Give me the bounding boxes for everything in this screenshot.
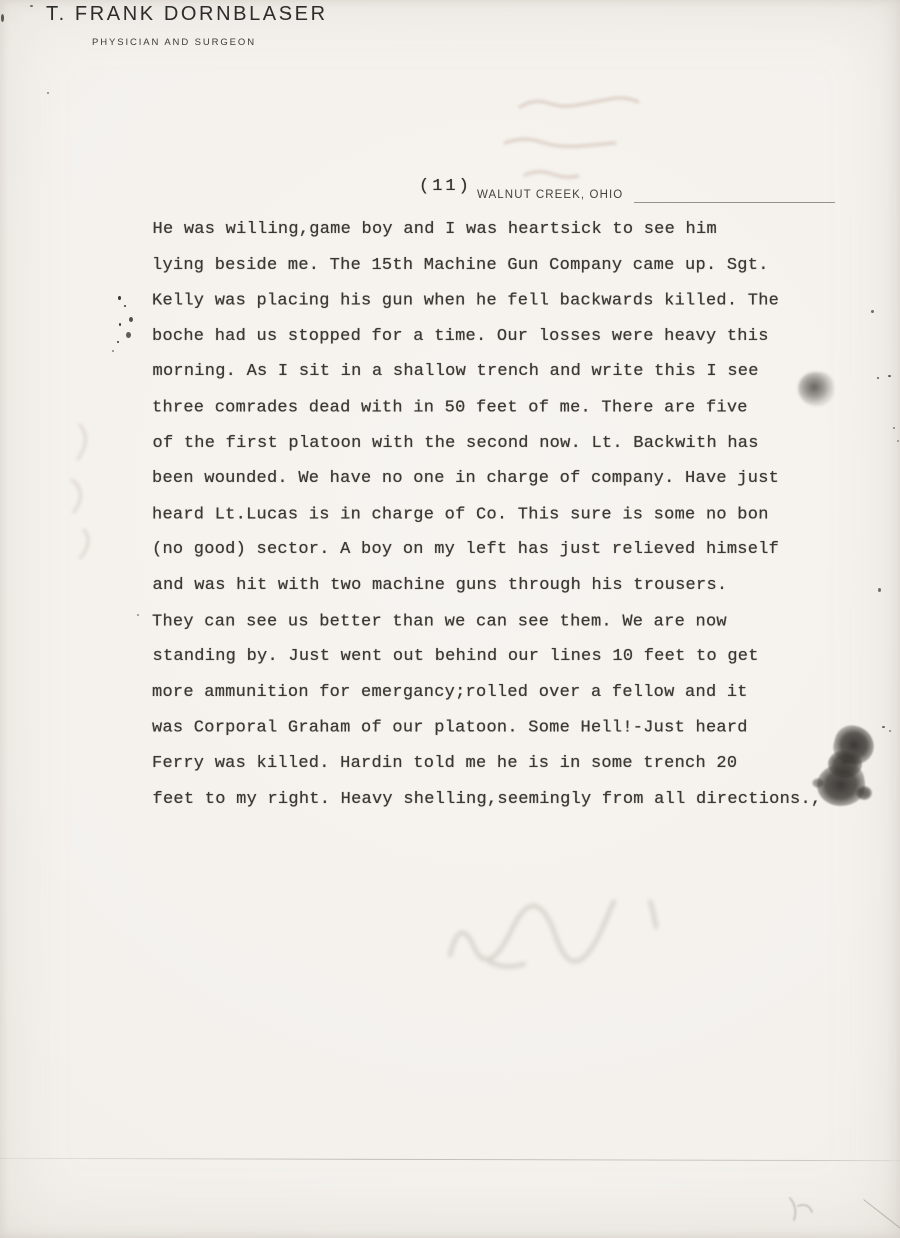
typed-line: Kelly was placing his gun when he fell b… [152,284,852,320]
typed-line: three comrades dead with in 50 feet of m… [152,390,852,426]
typed-line: was Corporal Graham of our platoon. Some… [152,711,852,747]
typed-line: and was hit with two machine guns throug… [153,568,853,604]
ghost-writing-top [480,85,680,195]
typed-line: feet to my right. Heavy shelling,seeming… [153,782,853,818]
typed-line: They can see us better than we can see t… [152,604,852,640]
typed-line: lying beside me. The 15th Machine Gun Co… [152,248,852,284]
typed-line: He was willing,game boy and I was hearts… [153,212,853,248]
dateline-blank-rule [634,202,835,203]
scanned-letter-page: T. FRANK DORNBLASER PHYSICIAN AND SURGEO… [0,0,900,1238]
ghost-writing-left-margin [50,410,140,570]
paper-crease-corner [863,1199,900,1232]
typed-line: boche had us stopped for a time. Our los… [152,319,852,355]
typed-line: standing by. Just went out behind our li… [153,639,853,675]
typed-line: Ferry was killed. Hardin told me he is i… [152,746,852,782]
typed-line: (no good) sector. A boy on my left has j… [152,532,852,568]
typed-line: more ammunition for emergancy;rolled ove… [152,675,852,711]
ink-blot-small [798,372,834,406]
letterhead-name: T. FRANK DORNBLASER [46,3,328,26]
ghost-writing-middle [430,900,690,980]
ghost-pencil-mark-bottom [780,1188,840,1228]
page-number: (11) [419,177,472,196]
typed-line: been wounded. We have no one in charge o… [152,461,852,497]
dateline-location: WALNUT CREEK, OHIO [477,189,623,201]
typed-body: He was willing,game boy and I was hearts… [152,212,852,817]
ink-blot-large [810,720,890,815]
typed-line: morning. As I sit in a shallow trench an… [153,354,853,390]
typed-line: heard Lt.Lucas is in charge of Co. This … [152,497,852,533]
paper-crease-bottom [0,1158,900,1161]
letterhead-title: PHYSICIAN AND SURGEON [92,37,256,48]
typed-line: of the first platoon with the second now… [153,426,853,462]
